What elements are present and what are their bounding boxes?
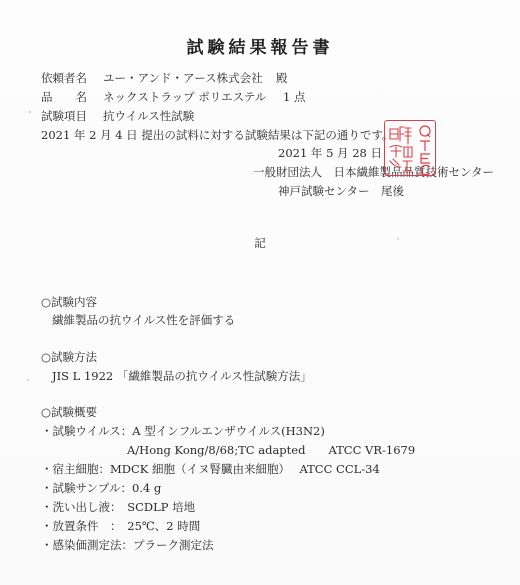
official-seal-stamp xyxy=(384,120,436,176)
field-value-test-item: 抗ウイルス性試験 xyxy=(103,109,194,123)
intro-sentence: 2021 年 2 月 4 日 提出の試料に対する試験結果は下記の通りです。 xyxy=(41,128,393,142)
issue-date: 2021 年 5 月 28 日 xyxy=(278,146,382,160)
report-page: 試験結果報告書 依頼者名 ユー・アンド・アース株式会社 殿 品 名 ネックストラ… xyxy=(0,0,520,585)
field-label-test-item: 試験項目 xyxy=(41,109,101,123)
field-label-product-char-2: 名 xyxy=(76,90,88,104)
overview-item-virus: ・試験ウイルス：A 型インフルエンザウイルス(H3N2) xyxy=(41,424,325,438)
overview-item-wash-solution: ・洗い出し液： SCDLP 培地 xyxy=(41,500,195,514)
field-label-product: 品 名 xyxy=(41,90,101,104)
ki-heading: 記 xyxy=(0,235,520,251)
field-suffix-honorific: 殿 xyxy=(276,71,288,85)
seal-glyphs-icon xyxy=(385,121,437,177)
field-label-client: 依頼者名 xyxy=(41,71,101,85)
field-value-product: ネックストラップ ポリエステル xyxy=(103,90,266,104)
overview-item-incubation: ・放置条件 ： 25℃、2 時間 xyxy=(41,519,200,533)
overview-item-virus-strain: A/Hong Kong/8/68;TC adapted ATCC VR-1679 xyxy=(127,443,415,457)
section-heading-test-overview: ○試験概要 xyxy=(41,405,97,419)
overview-item-titer-method: ・感染価測定法：プラーク測定法 xyxy=(41,538,214,552)
overview-item-host-cell: ・宿主細胞：MDCK 細胞（イヌ腎臓由来細胞） ATCC CCL-34 xyxy=(41,462,380,476)
section-heading-test-method: ○試験方法 xyxy=(41,350,97,364)
overview-item-sample: ・試験サンプル：0.4 g xyxy=(41,481,161,495)
section-body-test-content: 繊維製品の抗ウイルス性を評価する xyxy=(52,313,235,327)
scan-speck xyxy=(397,238,399,240)
field-label-product-char-1: 品 xyxy=(41,90,53,104)
scan-speck xyxy=(29,111,31,113)
issuer-branch: 神戸試験センター 尾後 xyxy=(278,184,404,198)
field-suffix-quantity: 1 点 xyxy=(283,90,305,104)
scan-speck xyxy=(27,379,29,381)
section-body-test-method: JIS L 1922 「繊維製品の抗ウイルス性試験方法」 xyxy=(52,369,312,383)
field-value-client: ユー・アンド・アース株式会社 xyxy=(103,71,263,85)
issuer-organization: 一般財団法人 日本繊維製品品質技術センター xyxy=(253,165,494,179)
section-heading-test-content: ○試験内容 xyxy=(41,295,97,309)
document-title: 試験結果報告書 xyxy=(0,33,520,58)
